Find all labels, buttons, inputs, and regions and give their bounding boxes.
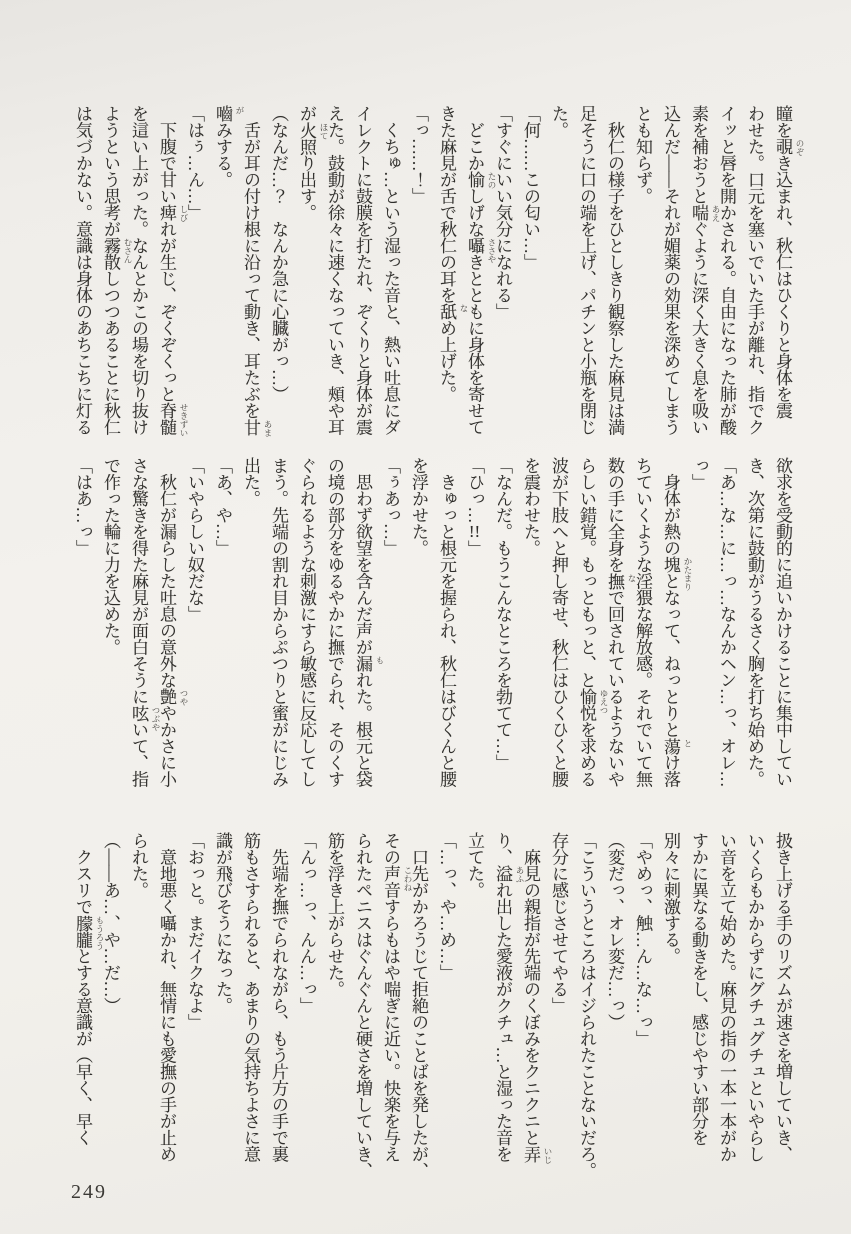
text-column: 意地悪く囁かれ、無情にも愛撫の手が止め: [152, 832, 180, 1184]
text-column: さな驚きを得た麻見が面白そうに呟つぶやいて、指: [124, 457, 152, 809]
text-column: 「やめっ、触…ん…な…っ」: [628, 832, 656, 1184]
text-block-bottom: 扱き上げる手のリズムが速さを増していき、いくらもかからずにグチュグチュといやらし…: [68, 832, 796, 1184]
text-column: 別々に刺激する。: [656, 832, 684, 1184]
text-column: まう。先端の割れ目からぷつりと蜜がにじみ: [264, 457, 292, 809]
text-column: 「んっ…っ、んん…っ」: [292, 832, 320, 1184]
text-column: を震わせた。: [516, 457, 544, 809]
ruby-base: 愉たの: [465, 171, 484, 188]
text-column: 「あ、や…」: [208, 457, 236, 809]
text-column: 「…っ、や…め…」: [432, 832, 460, 1184]
furigana: あま: [263, 420, 273, 437]
furigana: ささや: [487, 238, 497, 264]
furigana: しび: [179, 205, 189, 222]
ruby-base: 漏も: [353, 655, 372, 672]
text-column: 出た。: [236, 457, 264, 809]
furigana: あふ: [515, 866, 525, 883]
ruby-base: 脊髄せきずい: [157, 402, 176, 435]
furigana: もうろう: [95, 916, 105, 950]
text-column: き、次第に鼓動がうるさく胸を打ち始めた。: [740, 457, 768, 809]
text-column: 思わず欲望を含んだ声が漏もれた。根元と袋: [348, 457, 376, 809]
text-column: 「ひっ…!!」: [460, 457, 488, 809]
text-column: イレクトに鼓膜を打たれ、ぞくりと身体が震: [348, 105, 376, 457]
text-column: を浮かせた。: [404, 457, 432, 809]
text-column: 身体が熱の塊かたまりとなって、ねっとりと蕩とけ落: [656, 457, 684, 809]
page-number: 249: [71, 1181, 107, 1204]
text-column: 秋仁が漏らした吐息の意外な艶つややかさに小: [152, 457, 180, 809]
text-column: ちていくような淫猥な解放感。それでいて無: [628, 457, 656, 809]
ruby-base: 覗のぞ: [773, 138, 792, 155]
furigana: いじ: [543, 1147, 553, 1164]
text-column: 波が下肢へと押し寄せ、秋仁はひくひくと腰: [544, 457, 572, 809]
text-column: その声音こわねすらもはや喘ぎに近い。快楽を与え: [376, 832, 404, 1184]
ruby-base: 霧散むさん: [101, 237, 120, 270]
text-column: 「はあ…っ」: [68, 457, 96, 809]
text-column: の境の部分をゆるやかに撫でられ、そのくす: [320, 457, 348, 809]
book-page: 瞳を覗のぞき込まれ、秋仁はひくりと身体を震わせた。口元を塞いでいた手が離れ、指で…: [0, 0, 851, 1234]
ruby-base: 溢あふ: [493, 865, 512, 882]
furigana: せきずい: [179, 403, 189, 437]
text-column: 秋仁の様子をひとしきり観察した麻見は満: [600, 105, 628, 457]
text-column: （変だっ、オレ変だ…っ）: [600, 832, 628, 1184]
furigana: かたまり: [683, 557, 693, 591]
ruby-base: 喘あえ: [689, 204, 708, 221]
text-column: は気づかない。意識は身体のあちこちに灯る: [68, 105, 96, 457]
text-column: 欲求を受動的に追いかけることに集中してい: [768, 457, 796, 809]
text-column: 舌が耳の付け根に沿って動き、耳たぶを甘あま: [236, 105, 264, 457]
text-column: 立てた。: [460, 832, 488, 1184]
furigana: も: [375, 656, 385, 665]
text-column: 「いやらしい奴だな」: [180, 457, 208, 809]
text-column: 瞳を覗のぞき込まれ、秋仁はひくりと身体を震: [768, 105, 796, 457]
text-column: 「ぅあっ…」: [376, 457, 404, 809]
furigana: な: [627, 574, 637, 583]
text-column: 「っ……！」: [404, 105, 432, 457]
text-column: 数の手に全身を撫なで回されているようないや: [600, 457, 628, 809]
ruby-base: 弄いじ: [521, 1146, 540, 1163]
text-block-top: 瞳を覗のぞき込まれ、秋仁はひくりと身体を震わせた。口元を塞いでいた手が離れ、指で…: [68, 105, 796, 457]
text-column: どこか愉たのしげな囁ささやきとともに身体を寄せて: [460, 105, 488, 457]
text-column: 込んだ——それが媚薬の効果を深めてしまう: [656, 105, 684, 457]
furigana: あえ: [711, 205, 721, 222]
text-column: 素を補おうと喘あえぐように深く大きく息を吸い: [684, 105, 712, 457]
ruby-base: 塊かたまり: [661, 556, 680, 573]
ruby-base: 呟つぶや: [129, 705, 148, 722]
ruby-base: 朦朧もうろう: [73, 915, 92, 948]
furigana: が: [235, 106, 245, 115]
text-column: 識が飛びそうになった。: [208, 832, 236, 1184]
text-column: られた。: [124, 832, 152, 1184]
text-column: っ」: [684, 457, 712, 809]
text-column: らしい錯覚。もっともっと、と愉悦ゆえつを求める: [572, 457, 600, 809]
tatechuyoko-text: !!: [465, 523, 484, 540]
furigana: たの: [487, 172, 497, 189]
text-column: り、溢あふれ出した愛液がクチュ…と湿った音を: [488, 832, 516, 1184]
furigana: な: [459, 304, 469, 313]
furigana: ゆえつ: [599, 689, 609, 715]
text-column: 「なんだ。もうこんなところを勃てて…」: [488, 457, 516, 809]
text-column: きた麻見が舌で秋仁の耳を舐なめ上げた。: [432, 105, 460, 457]
ruby-base: 痺しび: [157, 204, 176, 221]
text-column: 「おっと。まだイクなよ」: [180, 832, 208, 1184]
text-column: わせた。口元を塞いでいた手が離れ、指でク: [740, 105, 768, 457]
ruby-base: 蕩と: [661, 738, 680, 755]
ruby-base: 撫な: [605, 573, 624, 590]
text-column: イッと唇を開かされる。自由になった肺が酸: [712, 105, 740, 457]
ruby-base: 愉悦ゆえつ: [577, 688, 596, 721]
text-column: られたペニスはぐんぐんと硬さを増していき、: [348, 832, 376, 1184]
text-column: 筋を浮き上がらせた。: [320, 832, 348, 1184]
furigana: のぞ: [795, 139, 805, 156]
text-column: とも知らず。: [628, 105, 656, 457]
text-column: すかに異なる動きをし、感じやすい部分を: [684, 832, 712, 1184]
ruby-base: 甘あま: [241, 419, 260, 436]
text-column: いくらもかからずにグチュグチュといやらし: [740, 832, 768, 1184]
text-column: 扱き上げる手のリズムが速さを増していき、: [768, 832, 796, 1184]
text-column: えた。鼓動が徐々に速くなっていき、頰や耳: [320, 105, 348, 457]
text-column: た。: [544, 105, 572, 457]
ruby-base: 艶つや: [157, 688, 176, 705]
text-column: 「あ…な…に…っ…なんかヘン…っ、オレ…: [712, 457, 740, 809]
furigana: つぶや: [151, 706, 161, 732]
text-column: 麻見の親指が先端のくぼみをクニクニと弄いじ: [516, 832, 544, 1184]
text-column: い音を立て始めた。麻見の指の一本一本がか: [712, 832, 740, 1184]
furigana: と: [683, 739, 693, 748]
text-column: クスリで朦朧もうろうとする意識が（早く、早く: [68, 832, 96, 1184]
text-column: 「こういうところはイジられたことないだろ。: [572, 832, 600, 1184]
furigana: こわね: [403, 866, 413, 892]
text-block-middle: 欲求を受動的に追いかけることに集中していき、次第に鼓動がうるさく胸を打ち始めた。…: [68, 457, 796, 809]
text-column: （——あ…、や…だ…）: [96, 832, 124, 1184]
text-column: 先端を撫でられながら、もう片方の手で裏: [264, 832, 292, 1184]
text-column: 嚙がみする。: [208, 105, 236, 457]
text-column: ぐられるような刺激にすら敏感に反応してし: [292, 457, 320, 809]
text-column: 「すぐにいい気分になれる」: [488, 105, 516, 457]
text-column: （なんだ…？ なんか急に心臓がっ…）: [264, 105, 292, 457]
text-column: くちゅ…という湿った音と、熱い吐息にダ: [376, 105, 404, 457]
furigana: むさん: [123, 238, 133, 264]
text-column: 足そうに口の端を上げ、パチンと小瓶を閉じ: [572, 105, 600, 457]
text-column: ようという思考が霧散むさんしつつあることに秋仁: [96, 105, 124, 457]
text-column: 「何……この匂い…」: [516, 105, 544, 457]
text-column: が火照ほてり出す。: [292, 105, 320, 457]
text-column: きゅっと根元を握られ、秋仁はびくんと腰: [432, 457, 460, 809]
furigana: ほて: [319, 123, 329, 140]
text-column: 下腹で甘い痺しびれが生じ、ぞくぞくっと脊髄せきずい: [152, 105, 180, 457]
text-column: を這い上がった。なんとかこの場を切り抜け: [124, 105, 152, 457]
ruby-base: 囁ささや: [465, 237, 484, 254]
text-column: 存分に感じさせてやる」: [544, 832, 572, 1184]
ruby-base: 声音こわね: [381, 865, 400, 898]
text-column: 筋もさすられると、あまりの気持ちよさに意: [236, 832, 264, 1184]
ruby-base: 嚙が: [213, 105, 232, 122]
ruby-base: 舐な: [437, 303, 456, 320]
furigana: つや: [179, 689, 189, 706]
text-column: で作った輪に力を込めた。: [96, 457, 124, 809]
ruby-base: 火照ほて: [297, 122, 316, 155]
